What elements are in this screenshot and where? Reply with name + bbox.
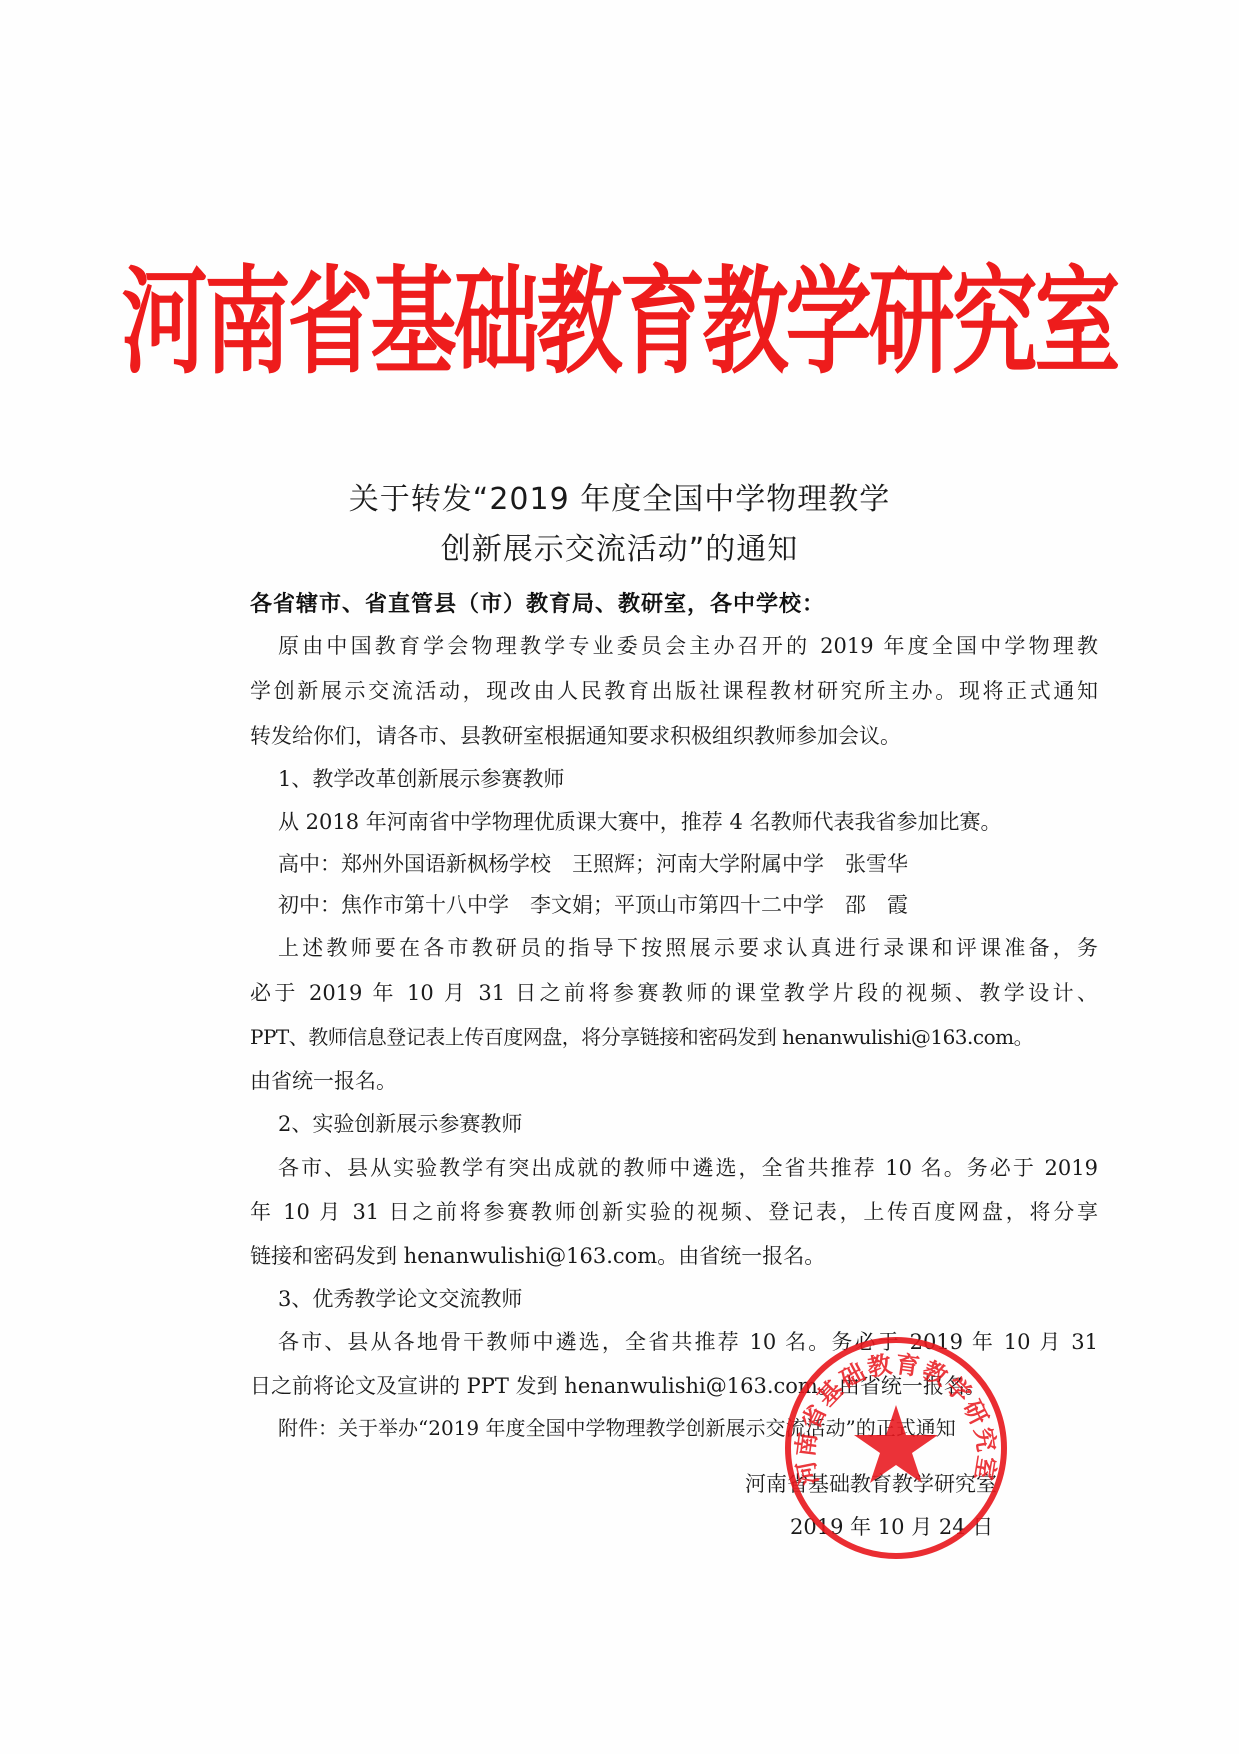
- section2-line-2: 年 10 月 31 日之前将参赛教师创新实验的视频、登记表，上传百度网盘，将分享: [250, 1196, 1098, 1226]
- signature-date: 2019 年 10 月 24 日: [790, 1511, 993, 1541]
- section1-heading: 1、教学改革创新展示参赛教师: [278, 763, 564, 793]
- section2-line-1: 各市、县从实验教学有突出成就的教师中遴选，全省共推荐 10 名。务必于 2019: [278, 1152, 1098, 1182]
- section1-line-3: 初中：焦作市第十八中学 李文娟；平顶山市第四十二中学 邵 霞: [278, 889, 908, 919]
- section2-heading: 2、实验创新展示参赛教师: [278, 1108, 522, 1138]
- section1-line-1: 从 2018 年河南省中学物理优质课大赛中，推荐 4 名教师代表我省参加比赛。: [278, 806, 1002, 836]
- notice-title-line-1: 关于转发“2019 年度全国中学物理教学: [0, 474, 1239, 518]
- intro-line-3: 转发给你们，请各市、县教研室根据通知要求积极组织教师参加会议。: [250, 720, 901, 750]
- section1-line-2: 高中：郑州外国语新枫杨学校 王照辉；河南大学附属中学 张雪华: [278, 848, 908, 878]
- document-page: 河南省基础教育教学研究室 关于转发“2019 年度全国中学物理教学 创新展示交流…: [0, 0, 1239, 1754]
- salutation: 各省辖市、省直管县（市）教育局、教研室，各中学校：: [250, 587, 825, 618]
- section3-line-2: 日之前将论文及宣讲的 PPT 发到 henanwulishi@163.com。由…: [250, 1370, 986, 1400]
- section1-line-4: 上述教师要在各市教研员的指导下按照展示要求认真进行录课和评课准备，务: [278, 932, 1098, 962]
- section1-line-7: 由省统一报名。: [250, 1065, 397, 1095]
- notice-title-line-2: 创新展示交流活动”的通知: [0, 524, 1239, 568]
- attachment-line: 附件：关于举办“2019 年度全国中学物理教学创新展示交流活动”的正式通知: [278, 1412, 956, 1441]
- section1-line-6: PPT、教师信息登记表上传百度网盘，将分享链接和密码发到 henanwulish…: [250, 1021, 1033, 1050]
- intro-line-2: 学创新展示交流活动，现改由人民教育出版社课程教材研究所主办。现将正式通知: [250, 675, 1098, 705]
- intro-line-1: 原由中国教育学会物理教学专业委员会主办召开的 2019 年度全国中学物理教: [278, 630, 1098, 660]
- section3-line-1: 各市、县从各地骨干教师中遴选，全省共推荐 10 名。务必于 2019 年 10 …: [278, 1326, 1098, 1356]
- section2-line-3: 链接和密码发到 henanwulishi@163.com。由省统一报名。: [250, 1240, 825, 1270]
- signature-org: 河南省基础教育教学研究室: [745, 1468, 997, 1498]
- section3-heading: 3、优秀教学论文交流教师: [278, 1283, 522, 1313]
- section1-line-5: 必于 2019 年 10 月 31 日之前将参赛教师的课堂教学片段的视频、教学设…: [250, 977, 1098, 1007]
- masthead-title: 河南省基础教育教学研究室: [0, 265, 1239, 381]
